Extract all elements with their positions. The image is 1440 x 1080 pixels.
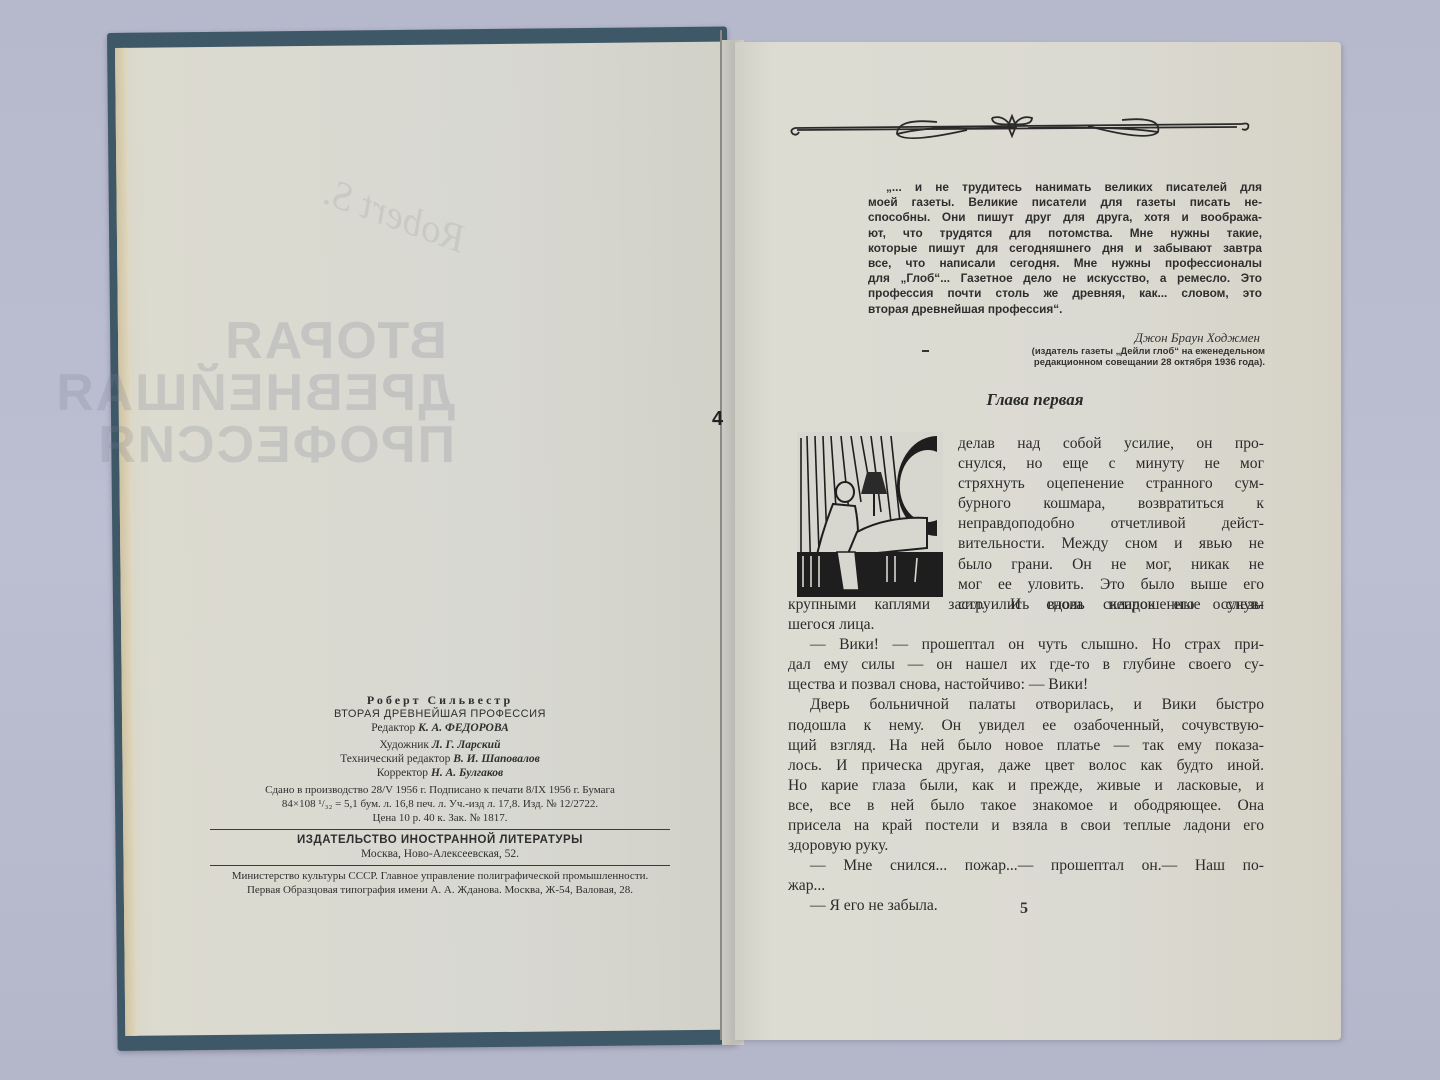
epigraph-note: (издатель газеты „Дейли глоб“ на еженеде… xyxy=(980,346,1265,368)
colophon: Роберт Сильвестр ВТОРАЯ ДРЕВНЕЙШАЯ ПРОФЕ… xyxy=(210,693,670,897)
divider xyxy=(210,829,670,830)
print-details-1: Сдано в производство 28/V 1956 г. Подпис… xyxy=(210,783,670,797)
signature-mark: 4 xyxy=(712,408,723,431)
tech-editor-line: Технический редактор В. И. Шаповалов xyxy=(210,752,670,766)
epigraph-author: Джон Браун Ходжмен xyxy=(1040,330,1260,346)
chapter-title: Глава первая xyxy=(960,390,1110,410)
woodcut-drop-cap-illustration xyxy=(797,432,943,597)
corrector-line: Корректор Н. А. Булгаков xyxy=(210,766,670,780)
print-details-3: Цена 10 р. 40 к. Зак. № 1817. xyxy=(210,811,670,825)
divider xyxy=(210,865,670,866)
chapter-body: крупными каплями заструились вдоль склад… xyxy=(788,595,1264,917)
epigraph: „... и не трудитесь нанимать великих пис… xyxy=(868,180,1262,317)
artist-line: Художник Л. Г. Ларский xyxy=(210,738,670,752)
author: Роберт Сильвестр xyxy=(210,693,670,707)
publisher-address: Москва, Ново-Алексеевская, 52. xyxy=(210,847,670,861)
page-number: 5 xyxy=(1020,900,1028,918)
flourish-ornament-icon xyxy=(787,112,1255,142)
show-through-title: ВТОРАЯ ДРЕВНЕЙШАЯ ПРОФЕССИЯ xyxy=(215,315,455,471)
editor-line: Редактор К. А. ФЕДОРОВА xyxy=(210,721,670,735)
printer-line: Первая Образцовая типография имени А. А.… xyxy=(210,883,670,897)
ministry-line: Министерство культуры СССР. Главное упра… xyxy=(210,869,670,883)
book-title: ВТОРАЯ ДРЕВНЕЙШАЯ ПРОФЕССИЯ xyxy=(210,707,670,721)
print-details-2: 84×108 ¹/₃₂ = 5,1 бум. л. 16,8 печ. л. У… xyxy=(210,797,670,811)
publisher: ИЗДАТЕЛЬСТВО ИНОСТРАННОЙ ЛИТЕРАТУРЫ xyxy=(210,833,670,847)
dash-mark xyxy=(922,350,929,352)
gutter-crease xyxy=(720,30,722,1040)
chapter-opening-wrapped: делав над собой усилие, он про- снулся, … xyxy=(958,434,1264,615)
